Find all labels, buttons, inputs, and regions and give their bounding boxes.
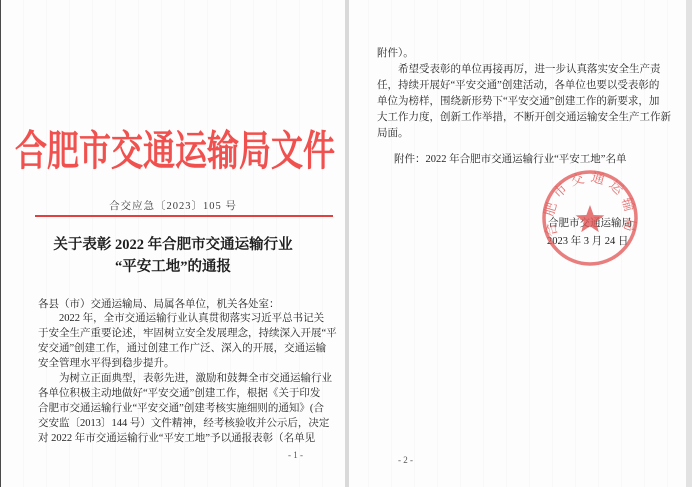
red-divider-rule xyxy=(35,215,333,217)
page1-number: - 1 - xyxy=(288,450,303,460)
body-line: 合肥市交通运输行业“平安交通”创建考核实施细则的通知》(合 xyxy=(38,401,338,416)
notice-title: 关于表彰 2022 年合肥市交通运输行业 “平安工地”的通报 xyxy=(15,234,331,278)
page-1: 合肥市交通运输局文件 合交应急〔2023〕105 号 关于表彰 2022 年合肥… xyxy=(1,0,345,487)
document-scan: 合肥市交通运输局文件 合交应急〔2023〕105 号 关于表彰 2022 年合肥… xyxy=(0,0,692,487)
scan-right-edge xyxy=(686,0,692,487)
page-2: 附件）。 希望受表彰的单位再接再厉，进一步认真落实安全生产责任，持续开展好“平安… xyxy=(349,0,686,487)
body-line: 大工作力度，创新工作举措，不断开创交通运输安全生产工作新 xyxy=(377,110,671,126)
body-line: 希望受表彰的单位再接再厉，进一步认真落实安全生产责 xyxy=(377,62,671,78)
body-line: 局面。 xyxy=(377,126,671,142)
body-line: 附件）。 xyxy=(377,46,671,62)
salutation-line: 各县（市）交通运输局、局属各单位，机关各处室： xyxy=(38,296,338,311)
body-line: 安全管理水平得到稳步提升。 xyxy=(38,356,338,371)
notice-title-line2: “平安工地”的通报 xyxy=(15,256,331,278)
body-line: 为树立正面典型，表彰先进，激励和鼓舞全市交通运输行业 xyxy=(38,371,338,386)
seal-curved-text: 合肥市交通运输局 xyxy=(541,169,639,238)
body-line: 交安监〔2013〕144 号）文件精神，经考核验收并公示后，决定 xyxy=(38,416,338,431)
page1-body-text: 2022 年，全市交通运输行业认真贯彻落实习近平总书记关于安全生产重要论述，牢固… xyxy=(38,311,338,446)
seal-star-icon xyxy=(576,205,605,232)
body-line: 单位为榜样，围绕新形势下“平安交通”创建工作的新要求，加 xyxy=(377,94,671,110)
page2-number: - 2 - xyxy=(398,455,413,465)
document-number: 合交应急〔2023〕105 号 xyxy=(15,198,331,213)
red-letterhead-title: 合肥市交通运输局文件 xyxy=(15,118,331,178)
body-line: 任，持续开展好“平安交通”创建活动，各单位也要以受表彰的 xyxy=(377,78,671,94)
body-line: 2022 年，全市交通运输行业认真贯彻落实习近平总书记关 xyxy=(38,311,338,326)
body-line: 于安全生产重要论述，牢固树立安全发展理念，持续深入开展“平 xyxy=(38,326,338,341)
body-line: 安交通”创建工作，通过创建工作广泛、深入的开展，交通运输 xyxy=(38,341,338,356)
body-line: 对 2022 年市交通运输行业“平安工地”予以通报表彰（名单见 xyxy=(38,431,338,446)
body-line: 各单位积极主动地做好“平安交通”创建工作，根据《关于印发 xyxy=(38,386,338,401)
official-red-seal-stamp: 合肥市交通运输局 xyxy=(540,168,640,268)
attachment-reference-line: 附件：2022 年合肥市交通运输行业“平安工地”名单 xyxy=(394,151,626,166)
page2-body-text: 附件）。 希望受表彰的单位再接再厉，进一步认真落实安全生产责任，持续开展好“平安… xyxy=(377,46,671,142)
notice-title-line1: 关于表彰 2022 年合肥市交通运输行业 xyxy=(15,234,331,256)
